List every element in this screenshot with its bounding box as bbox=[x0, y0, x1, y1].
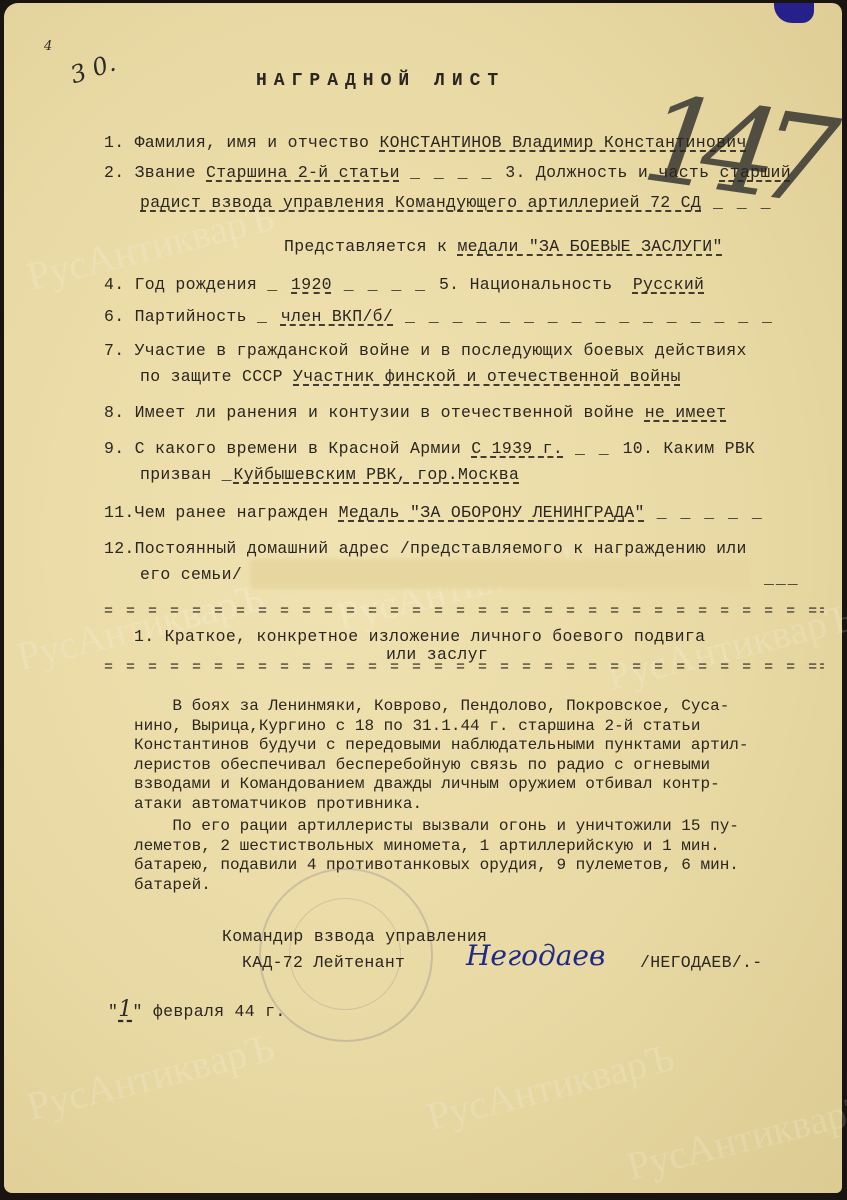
narrative-paragraph-2: По его рации артиллеристы вызвали огонь … bbox=[134, 817, 824, 895]
field-12-label-cont: его семьи/ bbox=[140, 565, 242, 584]
field-12: 12.Постоянный домашний адрес /представля… bbox=[104, 539, 747, 558]
field-8-value: не имеет bbox=[645, 403, 727, 422]
field-7-label-cont: по защите СССР bbox=[140, 367, 283, 386]
field-2-value: Старшина 2-й статьи bbox=[206, 163, 400, 182]
field-11-value: Медаль "ЗА ОБОРОНУ ЛЕНИНГРАДА" bbox=[339, 503, 645, 522]
field-3-value: старший bbox=[720, 163, 791, 182]
date-rest: февраля 44 г. bbox=[153, 1002, 286, 1021]
field-11-label: 11.Чем ранее награжден bbox=[104, 503, 328, 522]
narrative-paragraph-1: В боях за Ленинмяки, Коврово, Пендолово,… bbox=[134, 697, 824, 814]
field-3-value-cont: радист взвода управления Командующего ар… bbox=[140, 193, 701, 212]
field-1-value: КОНСТАНТИНОВ Владимир Константинович bbox=[379, 133, 746, 152]
field-9-label: 9. С какого времени в Красной Армии bbox=[104, 439, 461, 458]
field-9-10: 9. С какого времени в Красной Армии С 19… bbox=[104, 439, 755, 458]
field-4-5: 4. Год рождения _ 1920 _ _ _ _ 5. Национ… bbox=[104, 275, 704, 294]
field-8: 8. Имеет ли ранения и контузии в отечест… bbox=[104, 403, 726, 422]
section-heading: 1. Краткое, конкретное изложение личного… bbox=[134, 627, 705, 646]
field-11: 11.Чем ранее награжден Медаль "ЗА ОБОРОН… bbox=[104, 503, 764, 522]
field-4-value: 1920 bbox=[291, 275, 332, 294]
award-sheet-page: РусАнтикварЪ РусАнтикварЪ РусАнтикварЪ Р… bbox=[4, 3, 842, 1193]
watermark: РусАнтикварЪ bbox=[22, 1023, 279, 1130]
field-1: 1. Фамилия, имя и отчество КОНСТАНТИНОВ … bbox=[104, 133, 747, 152]
watermark: РусАнтикварЪ bbox=[422, 1033, 679, 1140]
field-10-label: 10. Каким РВК bbox=[623, 439, 756, 458]
field-10-label-cont: призван bbox=[140, 465, 211, 484]
field-6-value: член ВКП/б/ bbox=[281, 307, 393, 326]
field-5-label: 5. Национальность bbox=[439, 275, 612, 294]
field-4-label: 4. Год рождения bbox=[104, 275, 257, 294]
field-12-label: 12.Постоянный домашний адрес /представля… bbox=[104, 539, 747, 558]
signer-rank: КАД-72 Лейтенант bbox=[242, 953, 405, 972]
date-day: 1 bbox=[118, 997, 132, 1022]
field-10-value: Куйбышевским РВК, гор.Москва bbox=[234, 465, 520, 484]
field-7-label: 7. Участие в гражданской войне и в после… bbox=[104, 341, 747, 360]
presented-label: Представляется к bbox=[284, 237, 447, 256]
handwritten-signature: Негодаев bbox=[466, 939, 605, 972]
presented-for: Представляется к медали "ЗА БОЕВЫЕ ЗАСЛУ… bbox=[284, 237, 723, 256]
corner-mark: 4 bbox=[44, 39, 52, 54]
field-1-label: 1. Фамилия, имя и отчество bbox=[104, 133, 369, 152]
field-3-cont: радист взвода управления Командующего ар… bbox=[140, 193, 773, 212]
field-5-value: Русский bbox=[633, 275, 704, 294]
separator: = = = = = = = = = = = = = = = = = = = = … bbox=[104, 659, 824, 676]
signer-name: /НЕГОДАЕВ/.- bbox=[640, 953, 762, 972]
page-title: НАГРАДНОЙ ЛИСТ bbox=[256, 71, 505, 91]
field-6-label: 6. Партийность bbox=[104, 307, 247, 326]
margin-note: 3 0. bbox=[67, 49, 119, 90]
field-6: 6. Партийность _ член ВКП/б/ _ _ _ _ _ _… bbox=[104, 307, 774, 326]
presented-value: медали "ЗА БОЕВЫЕ ЗАСЛУГИ" bbox=[457, 237, 722, 256]
field-8-label: 8. Имеет ли ранения и контузии в отечест… bbox=[104, 403, 634, 422]
separator: = = = = = = = = = = = = = = = = = = = = … bbox=[104, 603, 824, 620]
field-9-value: С 1939 г. bbox=[471, 439, 563, 458]
date: "1" февраля 44 г. bbox=[108, 997, 286, 1022]
field-10-cont: призван _Куйбышевским РВК, гор.Москва bbox=[140, 465, 519, 484]
watermark: РусАнтикварЪ bbox=[622, 1083, 847, 1190]
field-2-label: 2. Звание bbox=[104, 163, 196, 182]
field-3-label: 3. Должность и часть bbox=[505, 163, 709, 182]
redacted-address bbox=[250, 559, 750, 589]
signer-title: Командир взвода управления bbox=[222, 927, 487, 946]
blue-ink-mark bbox=[774, 3, 814, 23]
field-7-value: Участник финской и отечественной войны bbox=[293, 367, 681, 386]
field-12-cont: его семьи/ bbox=[140, 565, 242, 584]
field-2-3: 2. Звание Старшина 2-й статьи _ _ _ _ 3.… bbox=[104, 163, 791, 182]
field-7-cont: по защите СССР Участник финской и отечес… bbox=[140, 367, 681, 386]
field-7: 7. Участие в гражданской войне и в после… bbox=[104, 341, 747, 360]
